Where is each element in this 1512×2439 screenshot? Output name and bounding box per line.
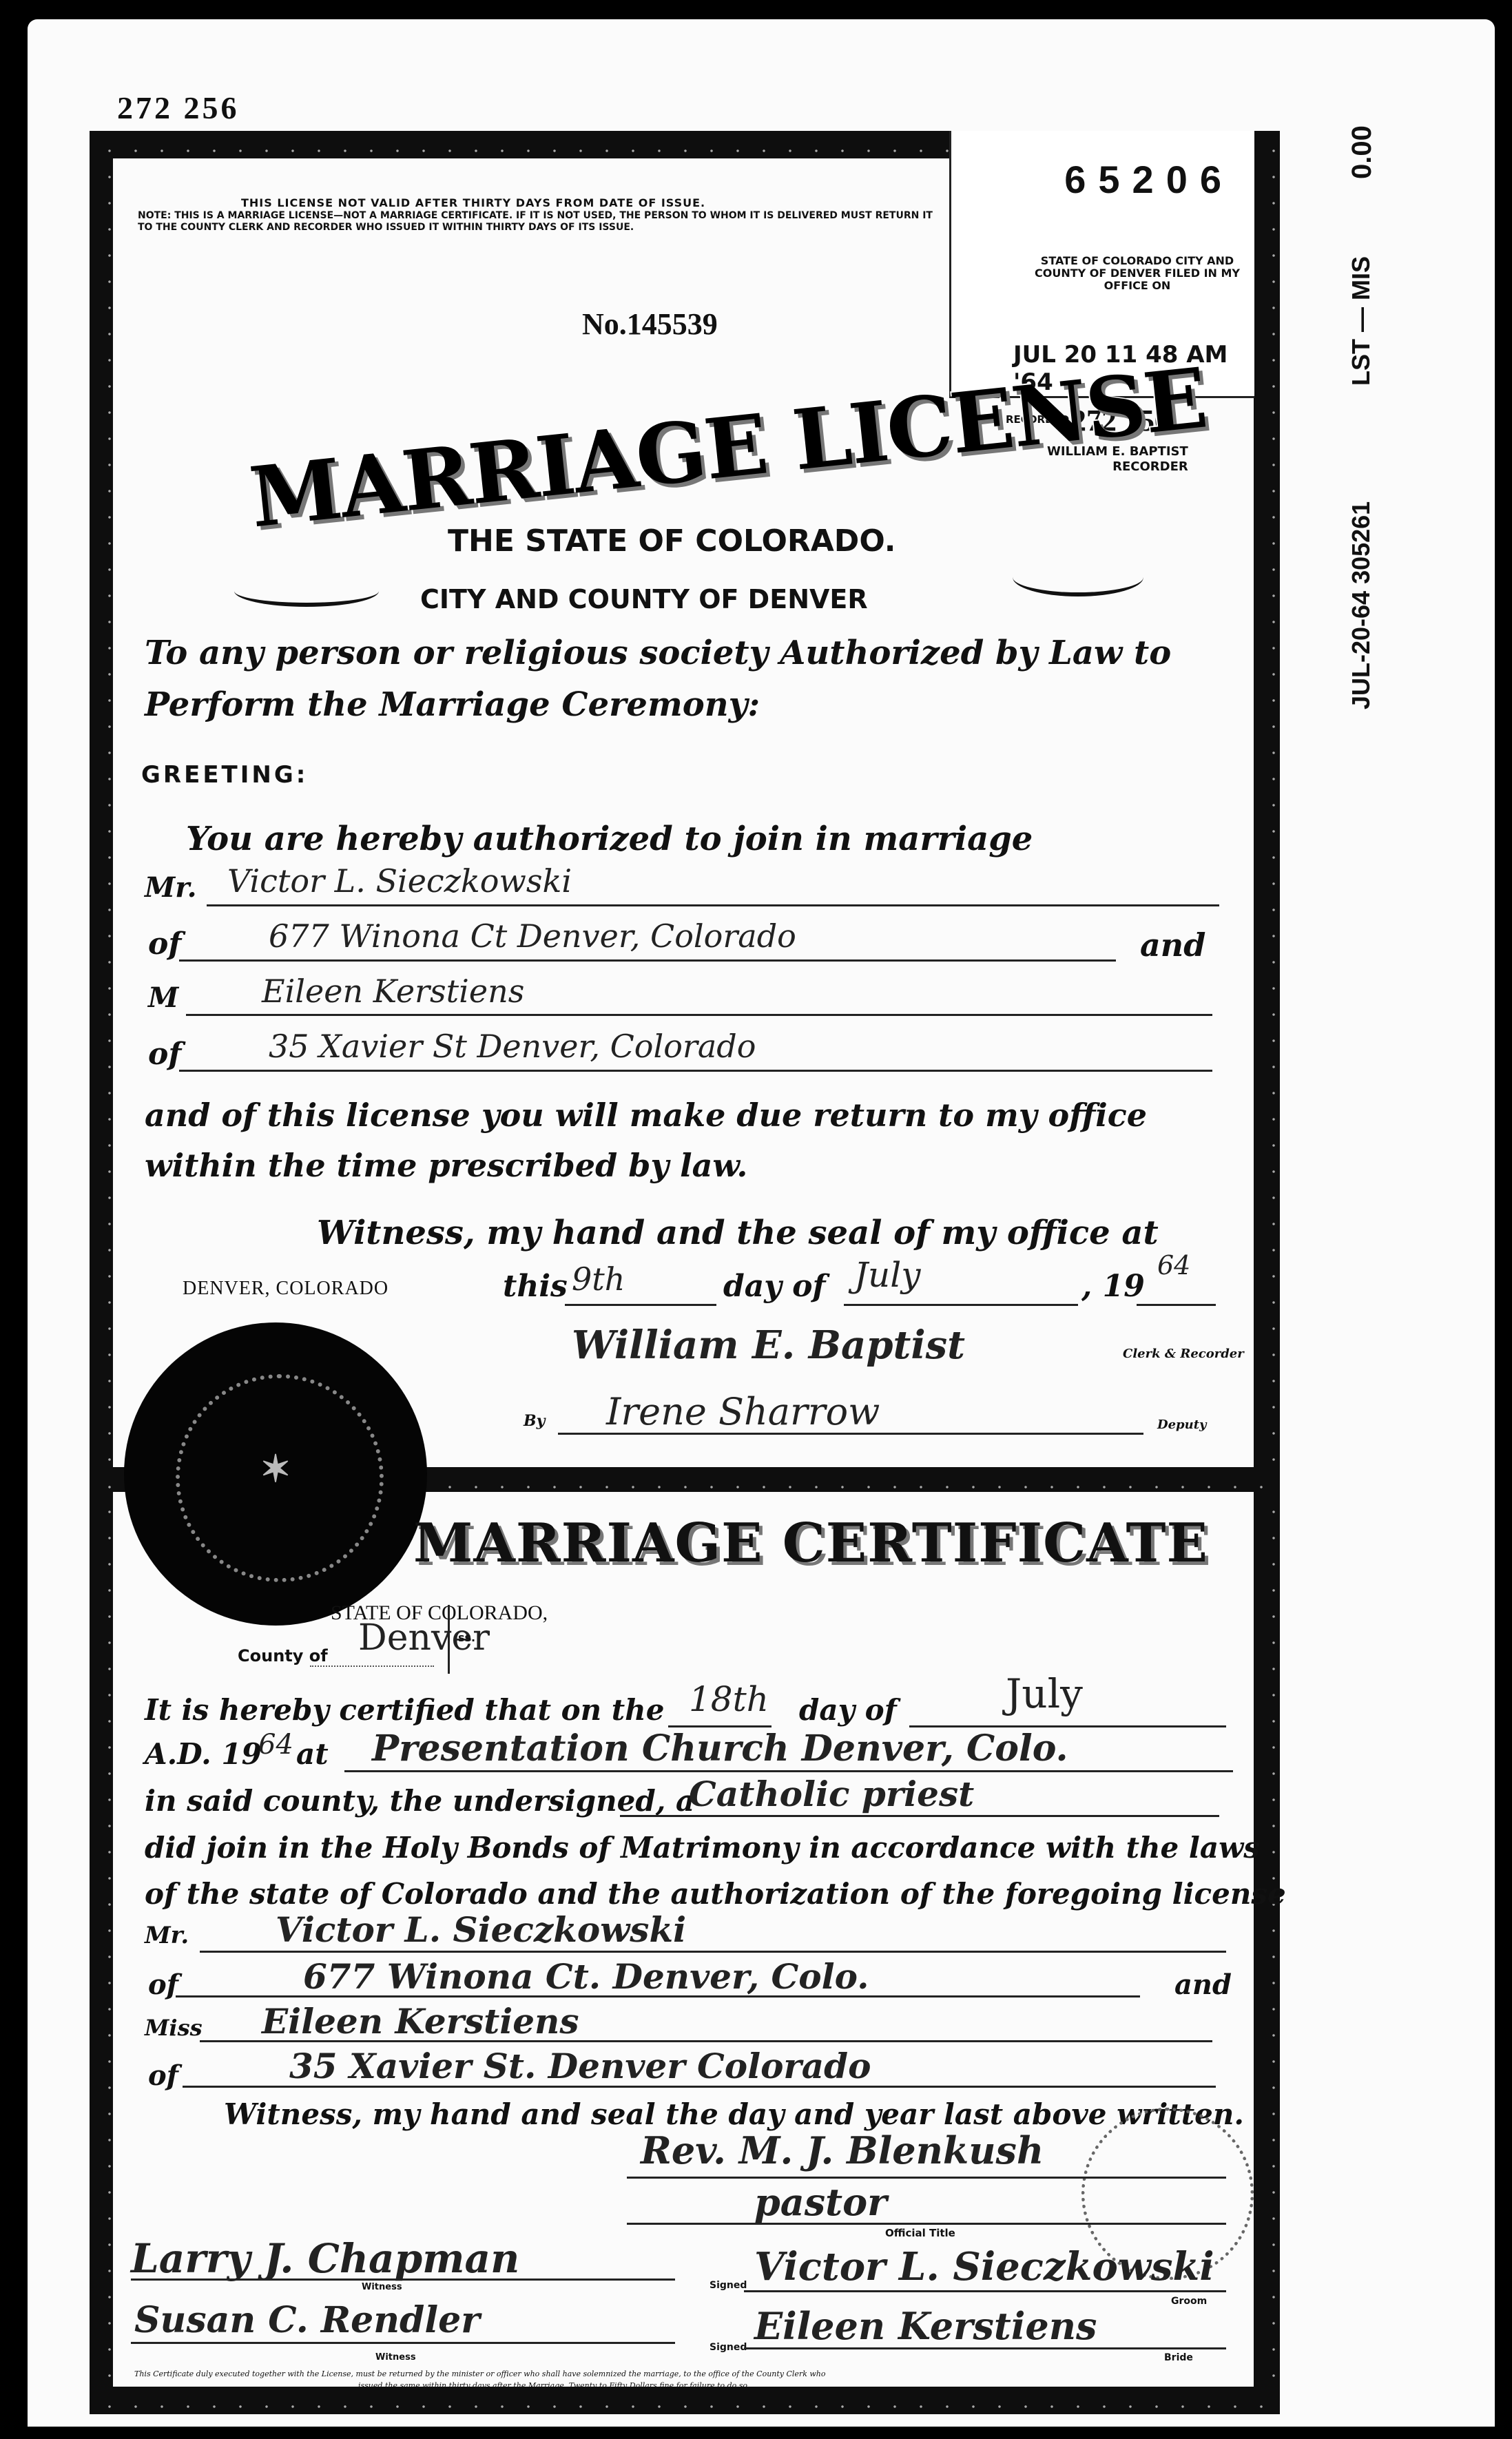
groom-signature-line	[744, 2290, 1226, 2292]
official-title-line	[627, 2223, 1226, 2225]
license-city: CITY AND COUNTY OF DENVER	[420, 584, 868, 614]
filing-stamp: 65206 State of Colorado City and County …	[949, 131, 1254, 398]
stamp-text: State of Colorado City and County of Den…	[1034, 255, 1241, 292]
ceremony-location-line	[344, 1770, 1233, 1772]
top-reference-number: 272 256	[117, 90, 240, 126]
certificate-title: MARRIAGE CERTIFICATE	[413, 1512, 1208, 1575]
issue-day: 9th	[572, 1260, 625, 1298]
cert-bride-name-line	[200, 2040, 1212, 2042]
frame-top	[90, 131, 951, 158]
address-line-1: To any person or religious society Autho…	[145, 634, 1171, 672]
bride-label: Bride	[1164, 2352, 1193, 2363]
cert-groom-address-line	[176, 1995, 1140, 1997]
cert-bride-address: 35 Xavier St. Denver Colorado	[289, 2046, 871, 2086]
witness2-label: Witness	[375, 2352, 416, 2363]
year-prefix: , 19	[1081, 1269, 1145, 1304]
officiant-type-line	[620, 1815, 1219, 1817]
clerk-signature: William E. Baptist	[572, 1322, 965, 1368]
county-dotted-line	[310, 1665, 434, 1667]
bride-prefix: M	[148, 982, 178, 1014]
side-amount: 0.00	[1347, 125, 1378, 179]
license-state: THE STATE OF COLORADO.	[448, 523, 895, 559]
bride-signature: Eileen Kerstiens	[754, 2304, 1097, 2348]
cert-and-label: and	[1174, 1969, 1232, 2001]
issue-year: 64	[1157, 1250, 1190, 1280]
cert-bride-address-line	[183, 2086, 1216, 2088]
frame-left	[90, 131, 113, 2404]
address-line-2: Perform the Marriage Ceremony:	[145, 685, 760, 724]
bride-signature-line	[744, 2347, 1226, 2349]
deputy-title: Deputy	[1157, 1418, 1207, 1432]
ceremony-year: 64	[258, 1729, 293, 1761]
ss-label: ss.	[458, 1631, 475, 1644]
bride-address: 35 Xavier St Denver, Colorado	[269, 1028, 756, 1065]
bride-name: Eileen Kerstiens	[262, 973, 524, 1010]
issue-place: DENVER, COLORADO	[183, 1278, 389, 1300]
certificate-footer-1: This Certificate duly executed together …	[134, 2369, 1236, 2378]
bride-signed-label: Signed	[710, 2342, 747, 2353]
certified-line: It is hereby certified that on the	[145, 1693, 664, 1727]
county-seal: ✶	[124, 1322, 427, 1626]
state-auth-line: of the state of Colorado and the authori…	[145, 1877, 1286, 1911]
cert-groom-of: of	[148, 1969, 178, 2001]
side-date-number: JUL-20-64 305261	[1347, 501, 1376, 709]
groom-name-line	[207, 904, 1219, 906]
bride-address-line	[179, 1070, 1212, 1072]
cert-groom-prefix: Mr.	[145, 1922, 189, 1949]
groom-label: Groom	[1171, 2296, 1207, 2307]
groom-signature: Victor L. Sieczkowski	[754, 2244, 1214, 2290]
cert-bride-name: Eileen Kerstiens	[262, 2001, 579, 2042]
witness1-line	[131, 2279, 675, 2281]
official-title-label: Official Title	[885, 2227, 955, 2239]
county-line: in said county, the undersigned, a	[145, 1784, 694, 1818]
groom-prefix: Mr.	[145, 871, 197, 904]
frame-right	[1254, 131, 1280, 2404]
county-brace	[448, 1605, 457, 1674]
issue-day-line	[565, 1304, 716, 1306]
bride-name-line	[186, 1014, 1212, 1016]
groom-of-label: of	[148, 926, 181, 962]
official-title-value: pastor	[754, 2180, 887, 2224]
deputy-line	[558, 1433, 1143, 1435]
officiant-signature-line	[627, 2177, 1226, 2179]
cert-witness-line: Witness, my hand and seal the day and ye…	[224, 2097, 1244, 2131]
issue-month: July	[854, 1255, 920, 1295]
cert-groom-address: 677 Winona Ct. Denver, Colo.	[303, 1956, 869, 1997]
issue-month-line	[844, 1304, 1078, 1306]
recorder-title: RECORDER	[1047, 459, 1188, 475]
officiant-signature: Rev. M. J. Blenkush	[641, 2128, 1044, 2172]
license-number: No.145539	[582, 307, 718, 342]
and-label: and	[1140, 926, 1205, 964]
cert-bride-of: of	[148, 2059, 178, 2092]
side-code: LST — MIS	[1347, 256, 1376, 386]
ornament-left	[234, 575, 379, 607]
return-line-2: within the time prescribed by law.	[145, 1147, 747, 1184]
validity-notice: This license not valid after thirty days…	[241, 196, 705, 209]
day-of-label: day of	[723, 1269, 825, 1304]
ceremony-month: July	[1006, 1670, 1083, 1717]
holy-bonds-line: did join in the Holy Bonds of Matrimony …	[145, 1831, 1260, 1865]
county-label: County of	[238, 1646, 328, 1665]
witness2-line	[131, 2342, 675, 2344]
witness-line: Witness, my hand and the seal of my offi…	[317, 1214, 1159, 1252]
seal-emblem-icon: ✶	[214, 1446, 338, 1491]
authorize-line: You are hereby authorized to join in mar…	[186, 820, 1033, 858]
ceremony-day: 18th	[689, 1679, 769, 1719]
groom-name: Victor L. Sieczkowski	[227, 862, 572, 900]
witness2-signature: Susan C. Rendler	[134, 2299, 480, 2341]
groom-address: 677 Winona Ct Denver, Colorado	[269, 917, 796, 955]
cert-bride-prefix: Miss	[145, 2015, 203, 2041]
ornament-right	[1013, 558, 1143, 596]
this-label: this	[503, 1269, 568, 1304]
license-note: NOTE: This is a marriage license—not a m…	[138, 210, 951, 233]
deputy-signature: Irene Sharrow	[606, 1390, 880, 1433]
witness1-signature: Larry J. Chapman	[131, 2235, 519, 2282]
bride-of-label: of	[148, 1037, 181, 1072]
greeting: GREETING:	[141, 761, 308, 789]
certificate-footer-2: issued the same within thirty days after…	[358, 2381, 749, 2390]
frame-bottom	[90, 2387, 1280, 2414]
by-label: By	[524, 1412, 545, 1430]
at-label: at	[296, 1737, 329, 1771]
ad-label: A.D. 19	[145, 1737, 262, 1771]
issue-year-line	[1137, 1304, 1216, 1306]
cert-day-of-label: day of	[799, 1693, 897, 1727]
witness1-label: Witness	[362, 2282, 402, 2292]
ceremony-location: Presentation Church Denver, Colo.	[372, 1727, 1068, 1769]
officiant-type: Catholic priest	[689, 1774, 974, 1814]
cert-groom-name-line	[200, 1951, 1226, 1953]
groom-address-line	[179, 959, 1116, 962]
groom-signed-label: Signed	[710, 2280, 747, 2291]
stamp-serial: 65206	[1064, 157, 1234, 202]
cert-groom-name: Victor L. Sieczkowski	[276, 1909, 686, 1950]
clerk-title: Clerk & Recorder	[1123, 1347, 1244, 1361]
return-line-1: and of this license you will make due re…	[145, 1097, 1147, 1134]
